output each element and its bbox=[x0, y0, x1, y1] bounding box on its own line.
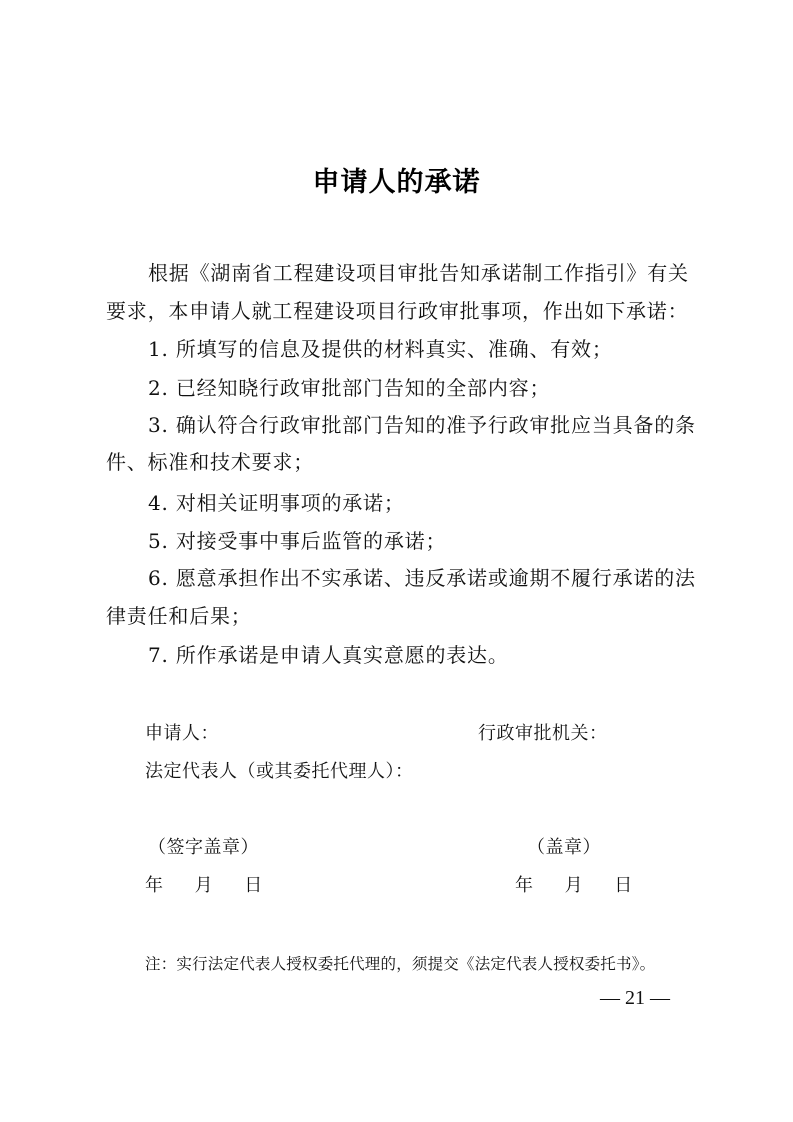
page-number: — 21 — bbox=[600, 986, 670, 1010]
commitment-item-3-cont: 件、标准和技术要求； bbox=[106, 449, 314, 475]
commitment-item-2: 2. 已经知晓行政审批部门告知的全部内容； bbox=[148, 375, 550, 401]
commitment-item-3: 3. 确认符合行政审批部门告知的准予行政审批应当具备的条 bbox=[148, 412, 696, 438]
applicant-seal-placeholder: （签字盖章） bbox=[148, 836, 259, 860]
intro-line-2: 要求，本申请人就工程建设项目行政审批事项，作出如下承诺： bbox=[106, 298, 688, 324]
authority-date-line: 年 月 日 bbox=[515, 874, 633, 898]
applicant-date-line: 年 月 日 bbox=[145, 874, 263, 898]
applicant-label: 申请人： bbox=[145, 722, 219, 746]
commitment-item-6: 6. 愿意承担作出不实承诺、违反承诺或逾期不履行承诺的法 bbox=[148, 565, 696, 591]
intro-line-1: 根据《湖南省工程建设项目审批告知承诺制工作指引》有关 bbox=[148, 260, 689, 286]
authority-seal-placeholder: （盖章） bbox=[527, 836, 601, 860]
commitment-item-7: 7. 所作承诺是申请人真实意愿的表达。 bbox=[148, 642, 509, 668]
authority-label: 行政审批机关： bbox=[478, 722, 608, 746]
commitment-item-5: 5. 对接受事中事后监管的承诺； bbox=[148, 528, 446, 554]
legal-representative-label: 法定代表人（或其委托代理人）： bbox=[145, 760, 414, 784]
page-title: 申请人的承诺 bbox=[0, 160, 793, 199]
commitment-item-1: 1. 所填写的信息及提供的材料真实、准确、有效； bbox=[148, 336, 613, 362]
footnote: 注：实行法定代表人授权委托代理的，须提交《法定代表人授权委托书》。 bbox=[145, 953, 655, 975]
commitment-item-6-cont: 律责任和后果； bbox=[106, 603, 252, 629]
commitment-item-4: 4. 对相关证明事项的承诺； bbox=[148, 490, 405, 516]
